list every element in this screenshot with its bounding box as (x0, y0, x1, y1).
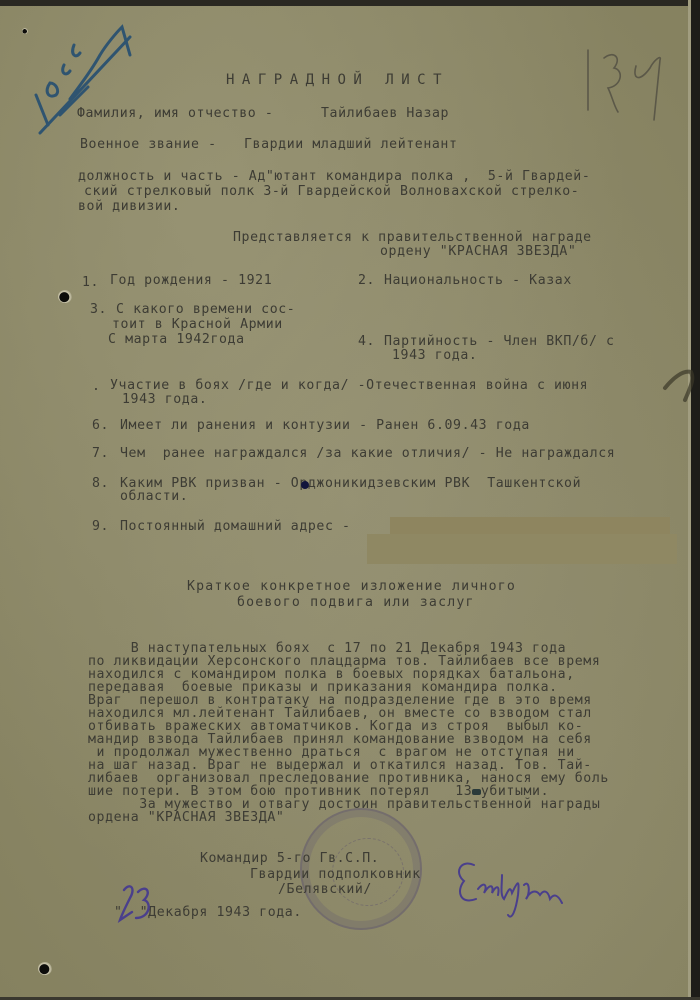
narrative-line: ордена "КРАСНАЯ ЗВЕЗДА" (88, 811, 284, 824)
punch-hole-icon (22, 28, 28, 34)
item-3-line-2: тоит в Красной Армии (112, 318, 283, 331)
item-3-number: 3. (90, 303, 107, 316)
item-1-birth-year: Год рождения - 1921 (110, 274, 272, 287)
item-4-line-1: Партийность - Член ВКП/б/ с (384, 335, 615, 348)
award-intro-line-1: Представляется к правительственной награ… (233, 231, 592, 244)
item-8-number: 8. (92, 477, 109, 490)
item-7-previous-awards: Чем ранее награждался /за какие отличия/… (120, 447, 615, 460)
item-6-wounds: Имеет ли ранения и контузии - Ранен 6.09… (120, 419, 530, 432)
page-title: НАГРАДНОЙ ЛИСТ (226, 74, 449, 87)
scan-top-border (0, 0, 700, 6)
item-9-number: 9. (92, 520, 109, 533)
item-4-number: 4. (358, 335, 375, 348)
signatory-title: Командир 5-го Гв.С.П. (200, 852, 379, 865)
ink-blot (472, 789, 481, 795)
name-value: Тайлибаев Назар (321, 107, 449, 120)
item-3-line-1: С какого времени сос- (116, 303, 295, 316)
position-line-1: должность и часть - Ад"ютант командира п… (78, 170, 590, 183)
item-5-number: . (92, 380, 101, 393)
rank-label: Военное звание - (80, 138, 217, 151)
item-4-line-2: 1943 года. (392, 349, 477, 362)
item-2-number: 2. (358, 274, 375, 287)
signatory-rank: Гвардии подполковник (250, 868, 421, 881)
signatory-name: /Белявский/ (278, 883, 372, 896)
handwritten-signature (450, 855, 580, 925)
address-redaction (367, 534, 677, 564)
rank-value: Гвардии младший лейтенант (244, 138, 458, 151)
item-5-line-1: Участие в боях /где и когда/ -Отечествен… (110, 379, 588, 392)
item-2-nationality: Национальность - Казах (384, 274, 572, 287)
item-1-number: 1. (82, 276, 99, 289)
item-8-line-2: области. (120, 490, 188, 503)
scan-right-border (691, 0, 700, 1000)
section-heading-line-2: боевого подвига или заслуг (237, 596, 475, 609)
position-line-3: вой дивизии. (78, 200, 180, 213)
punch-hole-icon (38, 962, 52, 975)
ink-blot (301, 481, 309, 489)
item-6-number: 6. (92, 419, 109, 432)
award-intro-line-2: ордену "КРАСНАЯ ЗВЕЗДА" (380, 245, 576, 258)
name-label: Фамилия, имя отчество - (77, 107, 273, 120)
archive-number-pencil (578, 40, 668, 120)
section-heading-line-1: Краткое конкретное изложение личного (187, 580, 516, 593)
item-7-number: 7. (92, 447, 109, 460)
item-8-line-1: Каким РВК призван - Орджоникидзевским РВ… (120, 477, 581, 490)
handwritten-day (118, 882, 154, 922)
punch-hole-icon (58, 290, 72, 303)
item-9-address-label: Постоянный домашний адрес - (120, 520, 351, 533)
position-line-2: ский стрелковый полк 3-й Гвардейской Вол… (84, 185, 579, 198)
paper-curl-mark (665, 360, 695, 410)
item-3-line-3: С марта 1942года (108, 333, 245, 346)
item-5-line-2: 1943 года. (122, 393, 207, 406)
